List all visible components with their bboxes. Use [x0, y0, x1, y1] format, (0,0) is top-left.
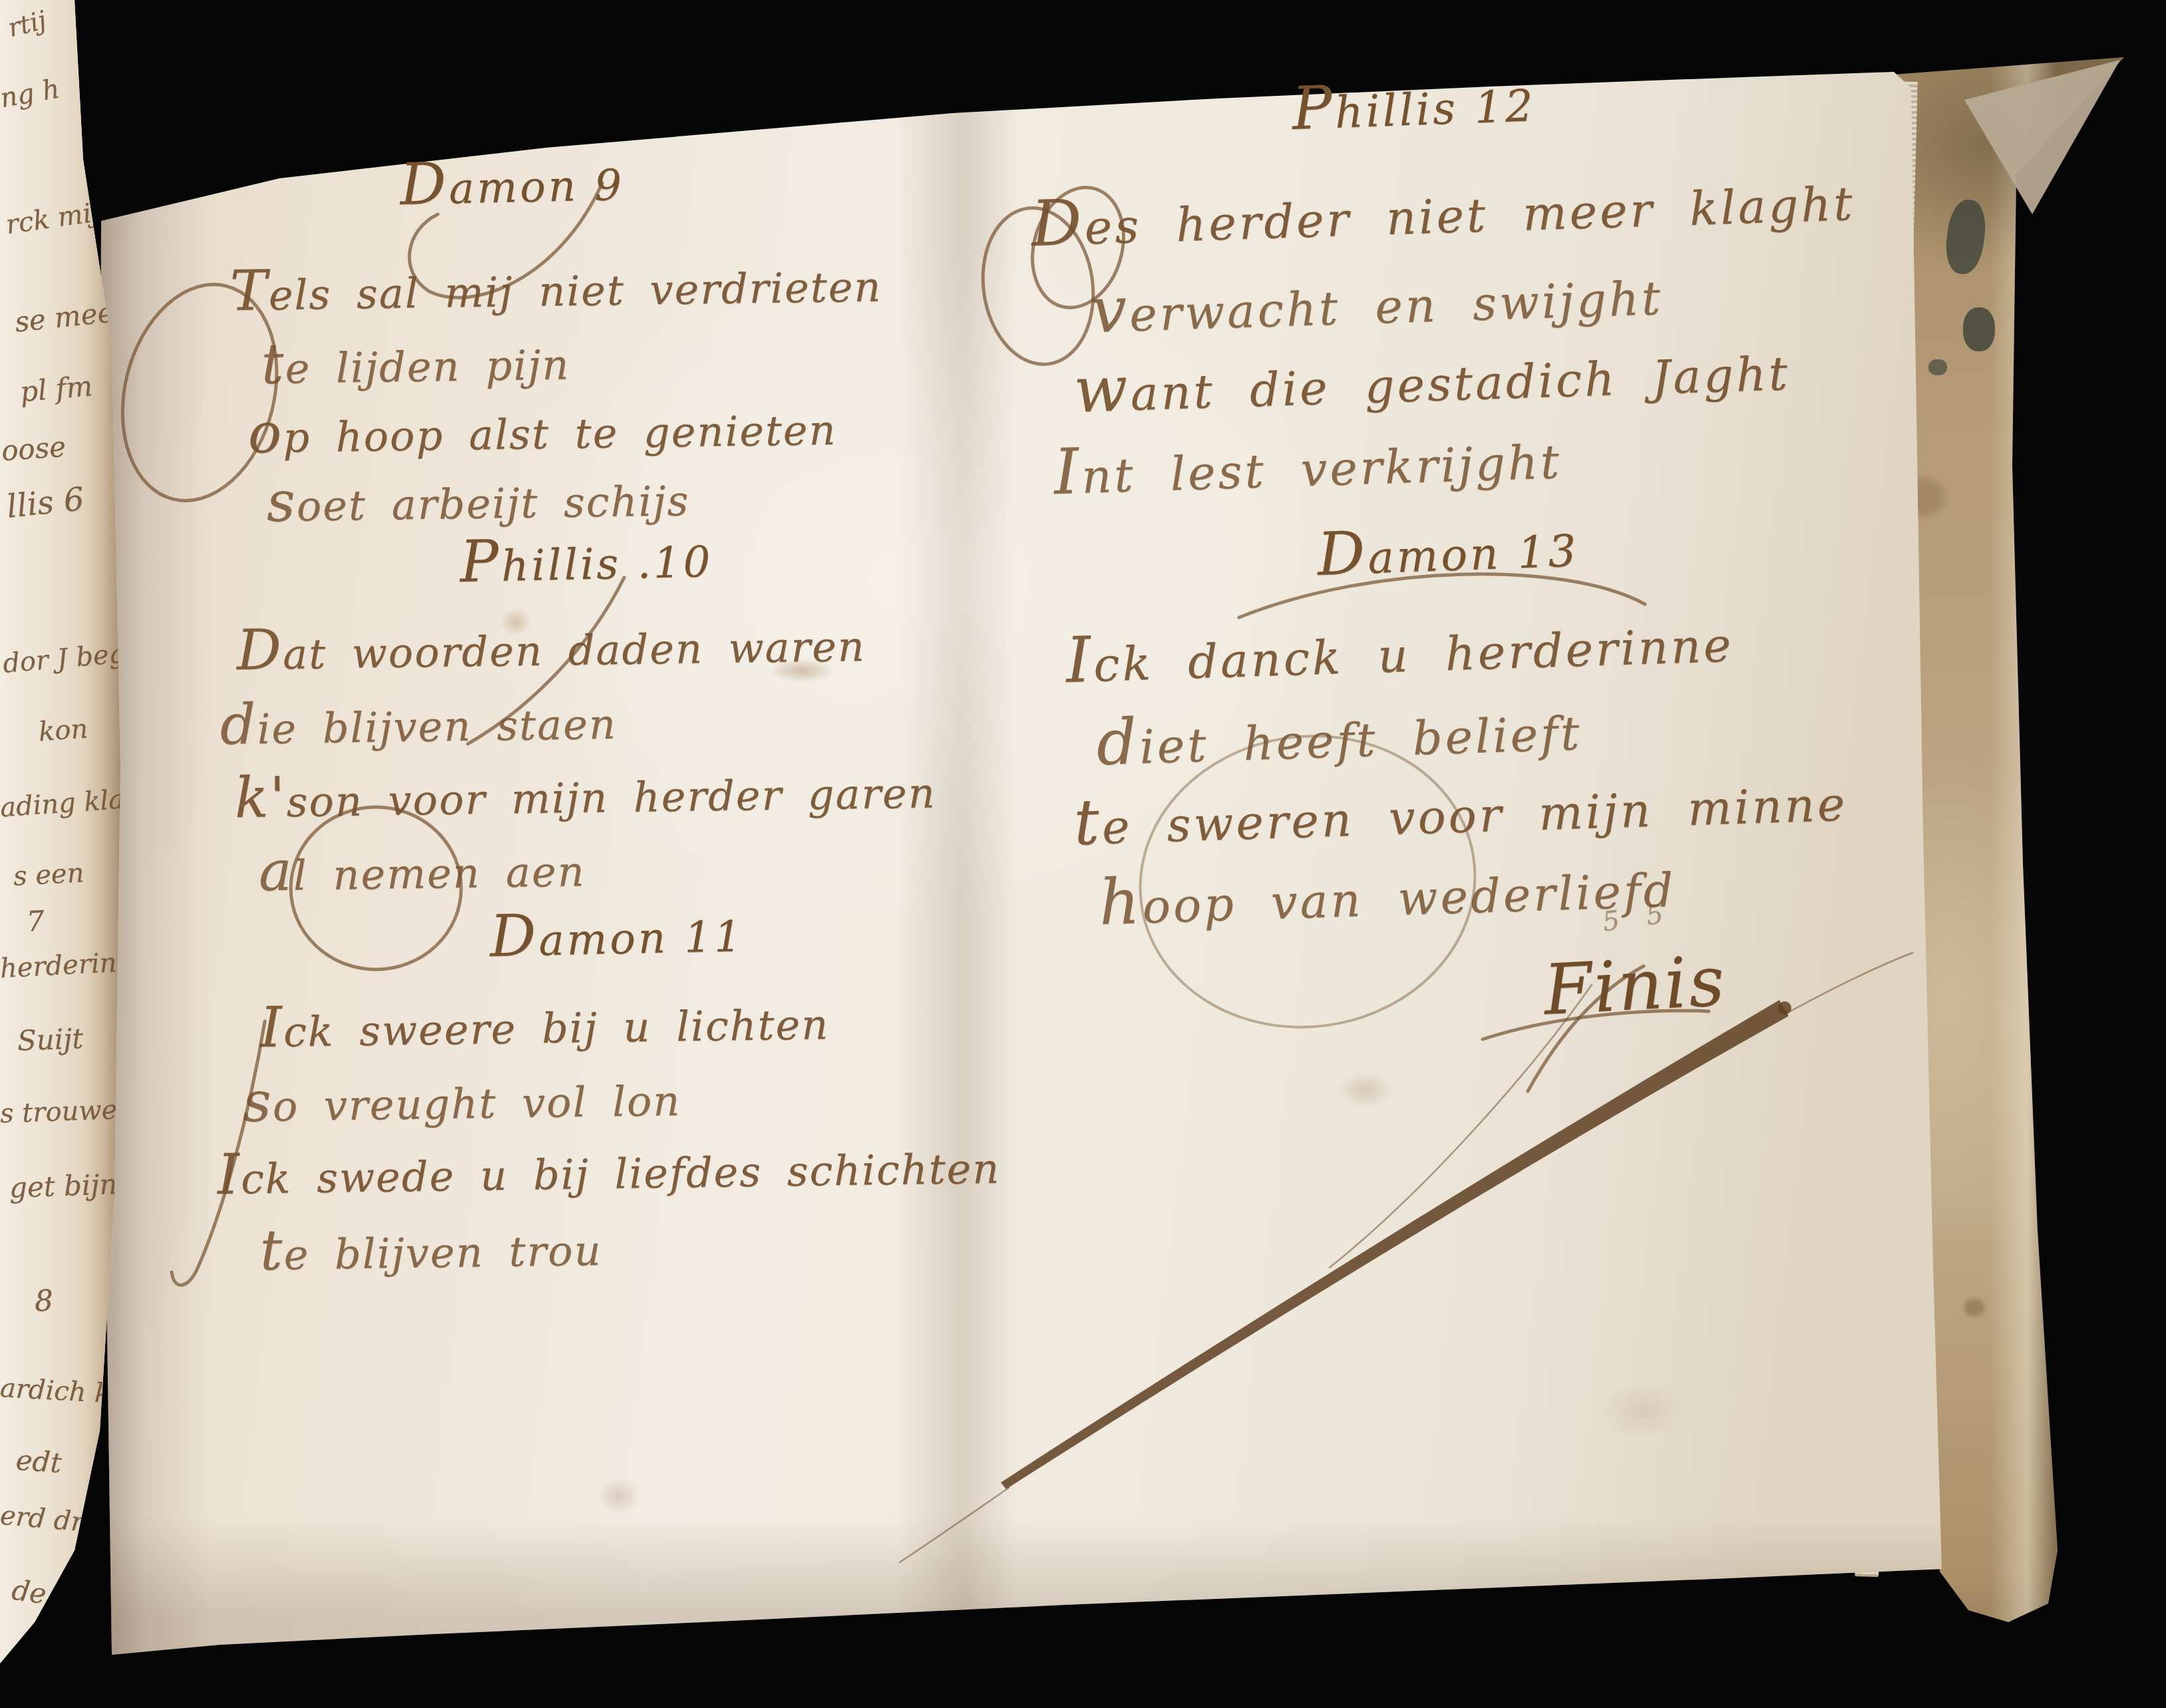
stain	[1964, 1299, 1984, 1316]
verse-line: soet arbeijt schijs	[266, 463, 690, 534]
verse-line: Ick swede u bij liefdes schichten	[217, 1131, 1001, 1207]
verse-line: die blijven staen	[220, 687, 617, 757]
text-fragment: edt	[15, 1444, 63, 1480]
text-fragment: pl fm	[19, 369, 94, 408]
text-fragment: s trouwel	[0, 1095, 126, 1130]
verse-line: Dat woorden daden waren	[236, 609, 866, 683]
verse-line: so vreught vol lon	[242, 1063, 681, 1134]
text-fragment: oose	[0, 430, 67, 468]
manuscript-photo-scene: Damon 9 Tels sal mij niet verdrieten te …	[0, 0, 2166, 1708]
ink-blotch	[1928, 359, 1947, 375]
text-fragment: s een	[13, 858, 85, 892]
stanza-heading: Phillis 12	[1291, 66, 1536, 144]
text-fragment: ardich kl	[0, 1373, 120, 1409]
stanza-heading: Damon 9	[399, 147, 625, 218]
text-fragment: get bijn	[9, 1168, 118, 1204]
verse-line: k'son voor mijn herder garen	[234, 755, 936, 830]
verse-line: Tels sal mij niet verdrieten	[230, 249, 882, 323]
verse-line: te lijden pijn	[261, 327, 570, 397]
text-fragment: 7	[26, 904, 45, 938]
text-fragment: rtij	[5, 5, 49, 43]
verse-line: al nemen aen	[258, 834, 586, 904]
finis-colophon: Finis	[1542, 940, 1728, 1031]
text-fragment: erd drae	[0, 1500, 116, 1541]
verse-line: Ick sweere bij u lichten	[260, 987, 830, 1060]
text-fragment: kon	[37, 713, 89, 747]
verse-line: diet heeft belieft	[1095, 691, 1583, 780]
text-fragment: Suijt	[17, 1022, 84, 1057]
text-fragment: ading kla	[0, 784, 126, 824]
text-fragment: llis 6	[5, 480, 86, 526]
text-fragment: de	[10, 1574, 49, 1611]
verse-line: op hoop alst te genieten	[248, 393, 837, 466]
ink-blotch	[1963, 307, 1995, 351]
text-fragment: herderinn	[0, 947, 134, 984]
text-fragment: 8	[34, 1284, 54, 1319]
stanza-heading: Phillis .10	[459, 524, 713, 596]
text-fragment: se mee	[13, 295, 116, 338]
verse-line: te blijven trou	[260, 1213, 602, 1283]
stanza-heading: Damon 13	[1316, 511, 1580, 590]
text-fragment: ng h	[0, 74, 62, 114]
stanza-heading: Damon 11	[489, 898, 745, 970]
